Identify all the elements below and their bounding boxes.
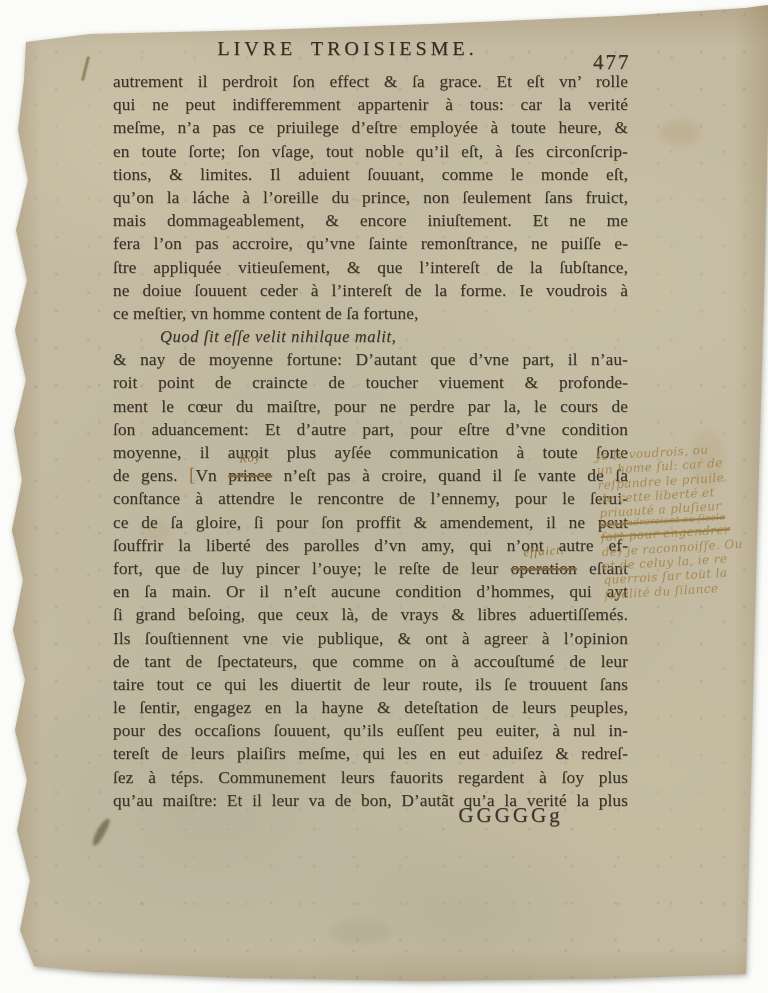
text-line: tereſt de leurs plaiſirs meſme, qui les … [113, 742, 628, 765]
text-line: ce de ſa gloire, ſi pour ſon proffit & a… [113, 511, 628, 534]
text-line: roit point de craincte de toucher viueme… [113, 371, 628, 394]
pen-mark [81, 56, 89, 81]
text-line: ſtre appliquée vitieuſement, & que l’int… [113, 256, 628, 279]
text-line: pour des occaſions ſouuent, qu’ils euſſe… [113, 719, 628, 742]
text-line: en toute ſorte; ſon vſage, tout noble qu… [113, 140, 628, 163]
text-line: de tant de ſpectateurs, que comme on à a… [113, 650, 628, 673]
printed-text-block: autrement il perdroit ſon effect & ſa gr… [113, 70, 628, 812]
foxing-spot [660, 120, 700, 146]
text-line: qu’on la láche à l’oreille du prince, no… [113, 186, 628, 209]
text-line: ne doiue ſouuent ceder à l’intereſt de l… [113, 279, 628, 302]
text-line: Quod ſit eſſe velit nihilque malit, [113, 325, 628, 348]
text-line: ce meſtier, vn homme content de ſa fortu… [113, 302, 628, 325]
signature-mark: GGGGGg [428, 803, 593, 828]
text-line: fera l’on pas accroire, qu’vne ſainte re… [113, 232, 628, 255]
text-line: ſi grand beſoing, que ceux là, de vrays … [113, 603, 628, 626]
paper-sheet-wrapper: LIVRE TROISIESME. 477 autrement il perdr… [0, 0, 768, 993]
text-line: moyenne, il auroit plus ayſée communicat… [113, 441, 628, 464]
interlinear-correction: effaict. [523, 544, 565, 559]
text-line: de gens. [Vn princeRoy n’eſt pas à croir… [113, 464, 628, 487]
text-line: en ſa main. Or il n’eſt aucune condition… [113, 580, 628, 603]
text-line: conſtance à attendre le rencontre de l’e… [113, 487, 628, 510]
text-line: Ils ſouſtiennent vne vie publique, & ont… [113, 627, 628, 650]
text-line: taire tout ce qui les diuertit de leur r… [113, 673, 628, 696]
text-line: tions, & limites. Il aduient ſouuant, co… [113, 163, 628, 186]
handwritten-margin-note: Je le voudrois, ouun home ſul: car dereſ… [595, 439, 768, 602]
text-line: ſon aduancement: Et d’autre part, pour e… [113, 418, 628, 441]
foxing-spot [330, 920, 390, 944]
text-line: & nay de moyenne fortune: D’autant que d… [113, 348, 628, 371]
text-line: autrement il perdroit ſon effect & ſa gr… [113, 70, 628, 93]
ink-smudge [90, 817, 111, 847]
running-header: LIVRE TROISIESME. [90, 38, 605, 61]
interlinear-correction: Roy [239, 451, 261, 464]
hand-corrected-word: princeRoy [228, 464, 272, 487]
hand-corrected-word: operationeffaict. [511, 557, 577, 580]
text-line: qui ne peut indifferemment appartenir à … [113, 93, 628, 116]
text-line: ſez à téps. Communement leurs fauorits r… [113, 766, 628, 789]
text-line: le ſentir, engagez en la hayne & deteſta… [113, 696, 628, 719]
scanned-book-page: LIVRE TROISIESME. 477 autrement il perdr… [0, 0, 768, 993]
paper-sheet: LIVRE TROISIESME. 477 autrement il perdr… [0, 0, 768, 993]
text-line: meſme, n’a pas ce priuilege d’eſtre empl… [113, 116, 628, 139]
text-line: ment le cœur du maiſtre, pour ne perdre … [113, 395, 628, 418]
text-line: fort, que de luy pincer l’ouye; le reſte… [113, 557, 628, 580]
text-line: mais dommageablement, & encore iniuſteme… [113, 209, 628, 232]
